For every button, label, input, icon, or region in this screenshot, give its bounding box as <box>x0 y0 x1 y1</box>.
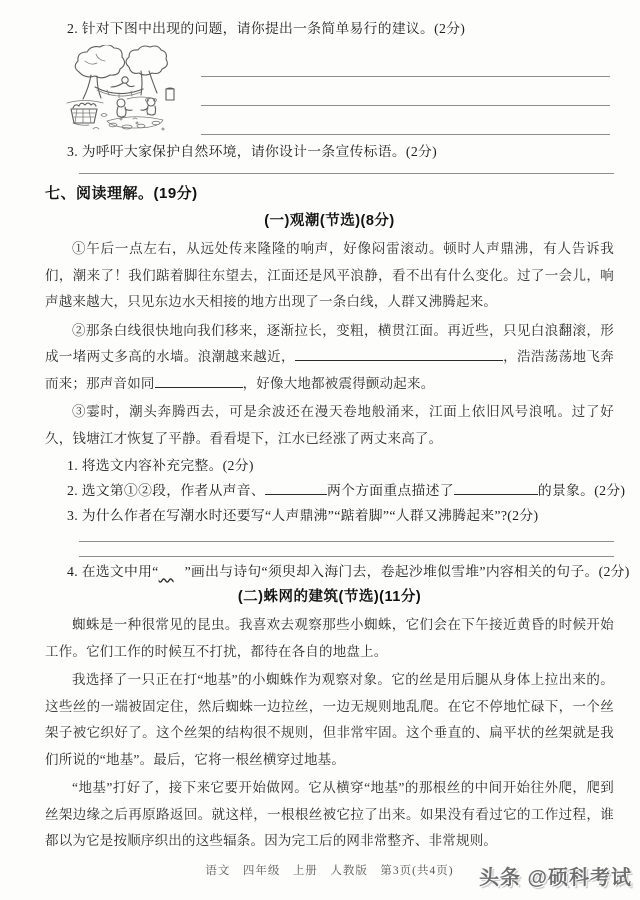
answer-line[interactable] <box>201 106 610 135</box>
answer-line[interactable] <box>79 164 614 174</box>
reading-2-paragraph-1: 蜘蛛是一种很常见的昆虫。我喜欢去观察那些小蜘蛛，它们会在下午接近黄昏的时候开始工… <box>45 612 614 665</box>
picnic-litter-illustration <box>63 45 185 135</box>
question-6-3: 3. 为呼吁大家保护自然环境，请你设计一条宣传标语。(2分) <box>45 139 614 164</box>
exam-page: 2. 针对下图中出现的问题，请你提出一条简单易行的建议。(2分) <box>0 0 640 900</box>
question-text: 4. 在选文中用“ <box>67 564 159 579</box>
fill-blank-1[interactable] <box>295 348 503 362</box>
answer-line[interactable] <box>201 48 610 77</box>
question-text: 2. 选文第①②段，作者从声音、 <box>67 483 265 498</box>
question-6-2: 2. 针对下图中出现的问题，请你提出一条简单易行的建议。(2分) <box>45 16 614 41</box>
reading-1-paragraph-1: ①午后一点左右，从远处传来隆隆的响声，好像闷雷滚动。顿时人声鼎沸，有人告诉我们，… <box>45 236 614 316</box>
watermark: 头条 @硕科考试 <box>479 861 632 890</box>
reading-1-question-1: 1. 将选文内容补充完整。(2分) <box>45 453 614 478</box>
wavy-underline-mark <box>159 559 185 584</box>
reading-1-question-2: 2. 选文第①②段，作者从声音、两个方面重点描述了的景象。(2分) <box>45 478 614 503</box>
answer-line[interactable] <box>79 544 614 558</box>
reading-1-question-4: 4. 在选文中用“”画出与诗句“须臾却入海门去，卷起沙堆似雪堆”内容相关的句子。… <box>45 559 614 584</box>
question-text: ”画出与诗句“须臾却入海门去，卷起沙堆似雪堆”内容相关的句子。(2分) <box>185 564 630 579</box>
answer-line[interactable] <box>201 77 610 106</box>
question-6-2-figure-row <box>63 45 614 135</box>
picnic-litter-illustration-svg <box>63 45 185 135</box>
reading-2-paragraph-2: 我选择了一只正在打“地基”的小蜘蛛作为观察对象。它的丝是用后腿从身体上拉出来的。… <box>45 667 614 773</box>
question-text: 的景象。(2分) <box>538 483 625 498</box>
question-6-2-answer-lines <box>201 45 614 135</box>
paragraph-text: ，好像大地都被震得颤动起来。 <box>243 376 435 391</box>
reading-1-question-3: 3. 为什么作者在写潮水时还要写“人声鼎沸”“踮着脚”“人群又沸腾起来”?(2分… <box>45 503 614 528</box>
reading-2-title: (二)蛛网的建筑(节选)(11分) <box>45 584 614 611</box>
answer-line[interactable] <box>79 528 614 542</box>
section-7-title: 七、阅读理解。(19分) <box>45 180 614 208</box>
reading-1-paragraph-3: ③霎时，潮头奔腾西去，可是余波还在漫天卷地般涌来，江面上依旧风号浪吼。过了好久，… <box>45 399 614 452</box>
reading-2-paragraph-3: “地基”打好了，接下来它要开始做网。它从横穿“地基”的那根丝的中间开始往外爬，爬… <box>45 775 614 855</box>
reading-1-title: (一)观潮(节选)(8分) <box>45 208 614 235</box>
question-text: 两个方面重点描述了 <box>327 483 454 498</box>
fill-blank-2[interactable] <box>155 374 243 388</box>
fill-blank-3[interactable] <box>265 481 327 495</box>
reading-1-paragraph-2: ②那条白线很快地向我们移来，逐渐拉长，变粗，横贯江面。再近些，只见白浪翻滚，形成… <box>45 318 614 398</box>
fill-blank-4[interactable] <box>454 481 538 495</box>
